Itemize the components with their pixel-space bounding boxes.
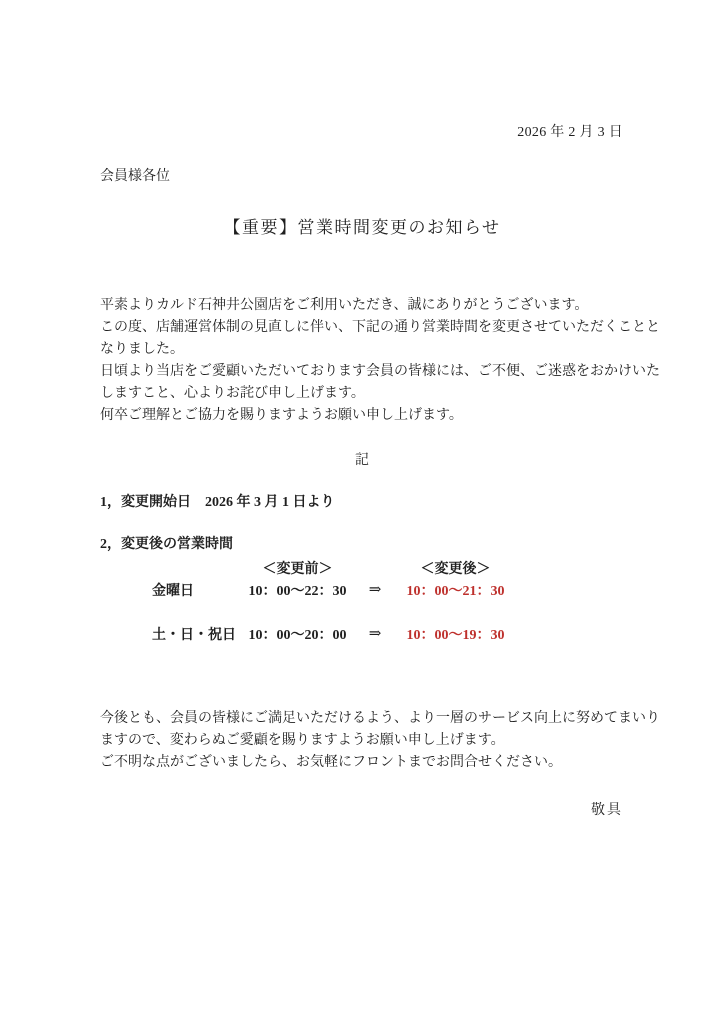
hours-before: 10：00～20：00 (240, 624, 355, 644)
after-column-header: ＜変更後＞ (398, 558, 513, 578)
body-line: この度、店舗運営体制の見直しに伴い、下記の通り営業時間を変更させていただくことと (100, 317, 626, 339)
closing-paragraph: 今後とも、会員の皆様にご満足いただけるよう、より一層のサービス向上に努めてまいり… (100, 708, 626, 774)
closing-line: ご不明な点がございましたら、お気軽にフロントまでお問合せください。 (100, 752, 626, 774)
schedule-header-row: ＜変更前＞ ＜変更後＞ (100, 558, 624, 580)
hours-before: 10：00～22：30 (240, 580, 355, 600)
closing-line: ますので、変わらぬご愛顧を賜りますようお願い申し上げます。 (100, 730, 626, 752)
list-item-new-hours: 2，変更後の営業時間 (100, 533, 233, 553)
body-line: 何卒ご理解とご協力を賜りますようお願い申し上げます。 (100, 405, 626, 427)
date: 2026 年 2 月 3 日 (100, 121, 623, 141)
body-line: なりました。 (100, 339, 626, 361)
body-paragraph: 平素よりカルド石神井公園店をご利用いただき、誠にありがとうございます。 この度、… (100, 295, 626, 427)
sign-off: 敬具 (100, 799, 623, 819)
before-column-header: ＜変更前＞ (240, 558, 355, 578)
closing-line: 今後とも、会員の皆様にご満足いただけるよう、より一層のサービス向上に努めてまいり (100, 708, 626, 730)
page-title: 【重要】営業時間変更のお知らせ (0, 213, 724, 238)
document-page: 2026 年 2 月 3 日 会員様各位 【重要】営業時間変更のお知らせ 平素よ… (0, 0, 724, 1024)
arrow-icon: ⇒ (355, 580, 395, 599)
day-label: 土・日・祝日 (152, 624, 236, 644)
table-row: 金曜日 10：00～22：30 ⇒ 10：00～21：30 (100, 580, 624, 602)
day-label: 金曜日 (152, 580, 194, 600)
hours-after: 10：00～21：30 (398, 580, 513, 600)
list-item-change-start-date: 1，変更開始日 2026 年 3 月 1 日より (100, 491, 335, 511)
body-line: 平素よりカルド石神井公園店をご利用いただき、誠にありがとうございます。 (100, 295, 626, 317)
record-marker: 記 (0, 449, 724, 469)
table-row: 土・日・祝日 10：00～20：00 ⇒ 10：00～19：30 (100, 624, 624, 646)
addressee: 会員様各位 (100, 165, 170, 185)
arrow-icon: ⇒ (355, 624, 395, 643)
body-line: しますこと、心よりお詫び申し上げます。 (100, 383, 626, 405)
hours-after: 10：00～19：30 (398, 624, 513, 644)
body-line: 日頃より当店をご愛顧いただいております会員の皆様には、ご不便、ご迷惑をおかけいた (100, 361, 626, 383)
